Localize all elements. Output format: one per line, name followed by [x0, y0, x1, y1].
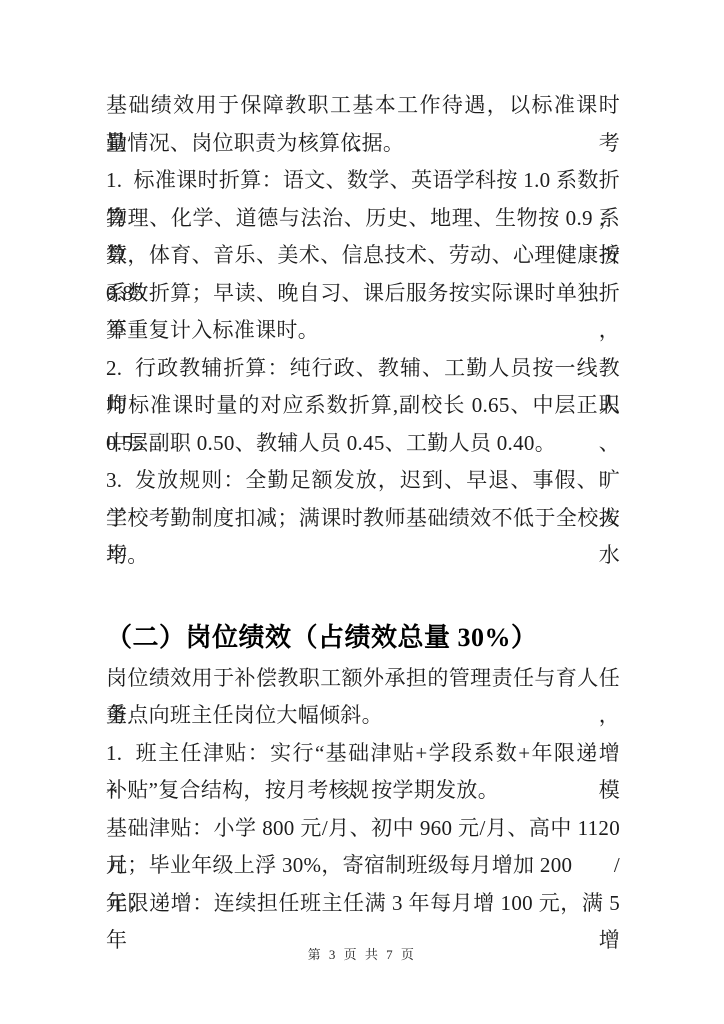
page-number-footer: 第 3 页 共 7 页	[0, 944, 724, 963]
body-text-line: 基础津贴：小学 800 元/月、初中 960 元/月、高中 1120 元/	[106, 810, 620, 848]
body-text-line: 3. 发放规则：全勤足额发放，迟到、早退、事假、旷工按	[106, 462, 620, 500]
body-text-line: 月；毕业年级上浮 30%，寄宿制班级每月增加 200 元；	[106, 847, 620, 885]
body-text-line: 基础绩效用于保障教职工基本工作待遇，以标准课时量、考	[106, 87, 620, 125]
body-text-line: 2. 行政教辅折算：纯行政、教辅、工勤人员按一线教师人	[106, 350, 620, 388]
page-body: 基础绩效用于保障教职工基本工作待遇，以标准课时量、考 勤情况、岗位职责为核算依据…	[106, 87, 620, 922]
body-text-line: 物理、化学、道德与法治、历史、地理、生物按 0.9 系数折	[106, 200, 620, 238]
body-text-line: 岗位绩效用于补偿教职工额外承担的管理责任与育人任务，	[106, 660, 620, 698]
body-text-line: 均标准课时量的对应系数折算,副校长 0.65、中层正职 0.55、	[106, 387, 620, 425]
body-text-line: 系数折算；早读、晚自习、课后服务按实际课时单独折算，	[106, 275, 620, 313]
body-text-line: 算，体育、音乐、美术、信息技术、劳动、心理健康按 0.85	[106, 237, 620, 275]
body-text-line: 中层副职 0.50、教辅人员 0.45、工勤人员 0.40。	[106, 425, 620, 463]
body-text-line: 1. 班主任津贴：实行“基础津贴+学段系数+年限递增+规模	[106, 735, 620, 773]
body-text-line: 1. 标准课时折算：语文、数学、英语学科按 1.0 系数折算，	[106, 162, 620, 200]
section-heading: （二）岗位绩效（占绩效总量 30%）	[106, 618, 620, 658]
body-text-line: 年限递增：连续担任班主任满 3 年每月增 100 元，满 5 年增	[106, 885, 620, 923]
document-page: 基础绩效用于保障教职工基本工作待遇，以标准课时量、考 勤情况、岗位职责为核算依据…	[0, 0, 724, 1024]
body-text-line: 学校考勤制度扣减；满课时教师基础绩效不低于全校人均水	[106, 500, 620, 538]
